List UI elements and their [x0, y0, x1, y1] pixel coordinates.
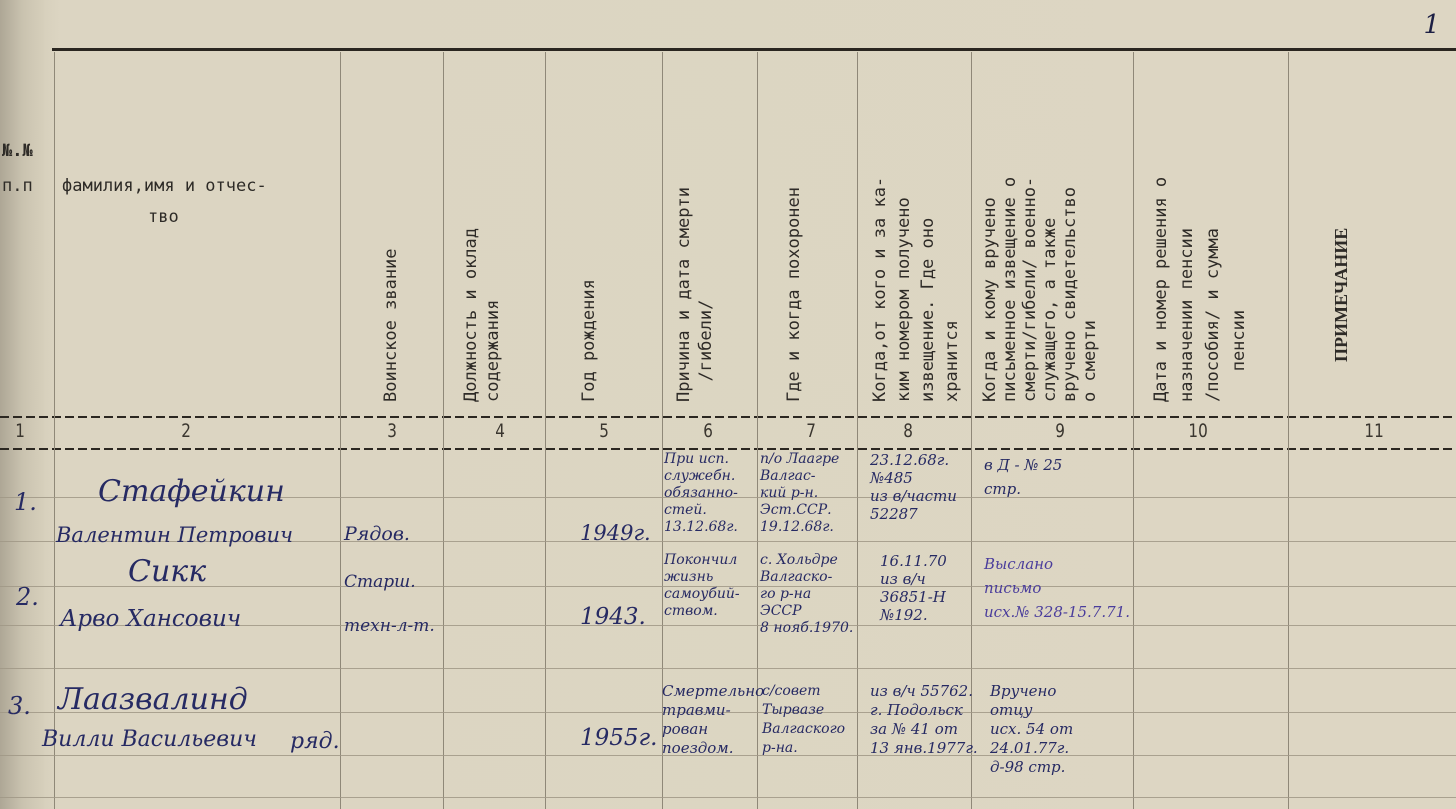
- given-name-patronymic: Вилли Васильевич: [42, 727, 257, 752]
- column-divider: [1133, 52, 1134, 809]
- column-number: 1: [15, 420, 25, 442]
- header-col2-line1: фамилия,имя и отчес-: [62, 176, 267, 196]
- notice-info: 23.12.68г. №485 из в/части 52287: [870, 451, 957, 523]
- rank: Рядов.: [344, 523, 410, 545]
- column-number: 7: [806, 420, 816, 442]
- column-number: 5: [599, 420, 609, 442]
- given-name-patronymic: Валентин Петрович: [56, 523, 293, 547]
- death-cause-date: Смертельно травми- рован поездом.: [662, 682, 764, 758]
- surname: Стафейкин: [98, 474, 285, 509]
- header-col2-line2: тво: [148, 207, 179, 227]
- row-number: 1.: [14, 488, 37, 516]
- ruled-line: [0, 797, 1456, 798]
- column-divider: [545, 52, 546, 809]
- header-col7: Где и когда похоронен: [783, 52, 843, 416]
- death-cause-date: Покончил жизнь самоубий- ством.: [664, 552, 740, 620]
- birth-year: 1955г.: [580, 725, 657, 751]
- ruled-line: [0, 668, 1456, 669]
- header-col3: Воинское звание: [380, 52, 440, 416]
- column-number: 9: [1055, 420, 1065, 442]
- given-name-patronymic: Арво Хансович: [60, 606, 241, 632]
- header-col9: Когда и кому вручено письменное извещени…: [980, 52, 1130, 416]
- column-number: 6: [703, 420, 713, 442]
- header-col10: Дата и номер решения о назначении пенсии…: [1148, 52, 1278, 416]
- column-divider: [443, 52, 444, 809]
- row-number: 2.: [16, 583, 39, 611]
- header-col6: Причина и дата смерти /гибели/: [673, 52, 753, 416]
- header-col8: Когда,от кого и за ка- ким номером получ…: [868, 52, 968, 416]
- ledger-page: 1 №.№ п.п фамилия,имя и отчес- тво Воинс…: [0, 0, 1456, 809]
- column-number: 3: [387, 420, 397, 442]
- notice-info: 16.11.70 из в/ч 36851-Н №192.: [880, 552, 947, 624]
- row-number: 3.: [8, 692, 31, 720]
- death-cause-date: При исп. служебн. обязанно- стей. 13.12.…: [664, 451, 738, 536]
- notice-delivered: в Д - № 25 стр.: [984, 453, 1062, 501]
- header-col4: Должность и оклад содержания: [460, 52, 540, 416]
- burial-place-date: с/совет Тырвазе Валгаского р-на.: [762, 682, 845, 758]
- header-col1-line2: п.п: [2, 176, 33, 196]
- surname: Лаазвалинд: [58, 682, 248, 717]
- burial-place-date: п/о Лаагре Валгас- кий р-н. Эст.ССР. 19.…: [760, 451, 839, 536]
- column-number: 4: [495, 420, 505, 442]
- notice-delivered: Вручено отцу исх. 54 от 24.01.77г. д-98 …: [990, 682, 1073, 777]
- column-number: 2: [181, 420, 191, 442]
- birth-year: 1949г.: [580, 521, 651, 545]
- column-number: 11: [1364, 420, 1383, 442]
- page-number: 1: [1423, 10, 1440, 40]
- column-number: 8: [903, 420, 913, 442]
- header-col11-text: ПРИМЕЧАНИЕ: [1330, 228, 1370, 362]
- header-col1-line1: №.№: [2, 141, 33, 161]
- column-divider: [857, 52, 858, 809]
- birth-year: 1943.: [580, 604, 646, 630]
- surname: Сикк: [128, 554, 206, 589]
- column-divider: [1288, 52, 1289, 809]
- header-col5: Год рождения: [578, 52, 638, 416]
- column-divider: [54, 52, 55, 809]
- rank: Старш. техн-л-т.: [344, 560, 435, 648]
- top-rule: [52, 48, 1456, 51]
- burial-place-date: с. Хольдре Валгаско- го р-на ЭССР 8 нояб…: [760, 552, 853, 637]
- column-number: 10: [1188, 420, 1207, 442]
- column-number-dashed-rule: [0, 448, 1456, 450]
- header-col11: ПРИМЕЧАНИЕ: [1330, 52, 1370, 416]
- book-binding: [0, 0, 44, 809]
- notice-info: из в/ч 55762. г. Подольск за № 41 от 13 …: [870, 682, 978, 758]
- header-dashed-rule: [0, 416, 1456, 418]
- column-divider: [340, 52, 341, 809]
- notice-delivered: Выслано письмо исх.№ 328-15.7.71.: [984, 552, 1130, 624]
- rank: ряд.: [290, 729, 340, 754]
